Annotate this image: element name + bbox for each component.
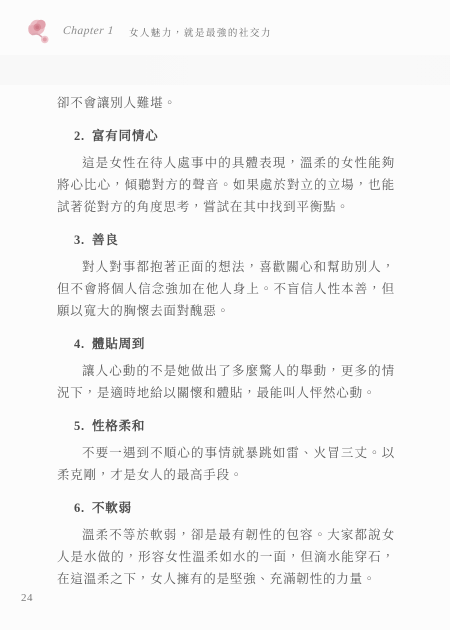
section-compassion: 2.富有同情心 這是女性在待人處事中的具體表現，溫柔的女性能夠將心比心，傾聽對方… — [57, 125, 395, 218]
section-gentle: 5.性格柔和 不要一遇到不順心的事情就暴跳如雷、火冒三丈。以柔克剛，才是女人的最… — [57, 415, 395, 486]
section-title: 善良 — [92, 233, 119, 247]
section-title: 性格柔和 — [92, 419, 145, 433]
section-paragraph: 這是女性在待人處事中的具體表現，溫柔的女性能夠將心比心，傾聽對方的聲音。如果處於… — [57, 152, 395, 218]
section-heading: 5.性格柔和 — [57, 415, 395, 437]
section-paragraph: 對人對事都抱著正面的想法，喜歡關心和幫助別人，但不會將個人信念強加在他人身上。不… — [57, 256, 395, 322]
page-body: 卻不會讓別人難堪。 2.富有同情心 這是女性在待人處事中的具體表現，溫柔的女性能… — [57, 92, 395, 590]
rose-flower-icon — [26, 16, 56, 46]
section-considerate: 4.體貼周到 讓人心動的不是她做出了多麼驚人的舉動，更多的情況下，是適時地給以關… — [57, 333, 395, 404]
book-page: Chapter 1 女人魅力，就是最強的社交力 卻不會讓別人難堪。 2.富有同情… — [0, 0, 450, 630]
page-number: 24 — [21, 592, 33, 604]
section-kindness: 3.善良 對人對事都抱著正面的想法，喜歡關心和幫助別人，但不會將個人信念強加在他… — [57, 229, 395, 322]
section-heading: 4.體貼周到 — [57, 333, 395, 355]
section-heading: 2.富有同情心 — [57, 125, 395, 147]
section-number: 5. — [74, 419, 85, 433]
section-not-weak: 6.不軟弱 溫柔不等於軟弱，卻是最有韌性的包容。大家都說女人是水做的，形容女性溫… — [57, 497, 395, 590]
section-heading: 3.善良 — [57, 229, 395, 251]
section-number: 3. — [74, 233, 85, 247]
page-header: Chapter 1 女人魅力，就是最強的社交力 — [26, 16, 424, 46]
chapter-label: Chapter 1 — [63, 25, 115, 37]
section-title: 富有同情心 — [92, 129, 159, 143]
section-title: 體貼周到 — [92, 337, 145, 351]
section-number: 4. — [74, 337, 85, 351]
section-heading: 6.不軟弱 — [57, 497, 395, 519]
section-number: 2. — [74, 129, 85, 143]
paragraph-continuation: 卻不會讓別人難堪。 — [57, 92, 395, 114]
section-paragraph: 溫柔不等於軟弱，卻是最有韌性的包容。大家都說女人是水做的，形容女性溫柔如水的一面… — [57, 524, 395, 590]
chapter-title: 女人魅力，就是最強的社交力 — [129, 24, 272, 39]
scan-artifact — [0, 55, 450, 85]
section-number: 6. — [74, 501, 85, 515]
section-paragraph: 讓人心動的不是她做出了多麼驚人的舉動，更多的情況下，是適時地給以關懷和體貼，最能… — [57, 360, 395, 404]
section-title: 不軟弱 — [92, 501, 132, 515]
section-paragraph: 不要一遇到不順心的事情就暴跳如雷、火冒三丈。以柔克剛，才是女人的最高手段。 — [57, 442, 395, 486]
